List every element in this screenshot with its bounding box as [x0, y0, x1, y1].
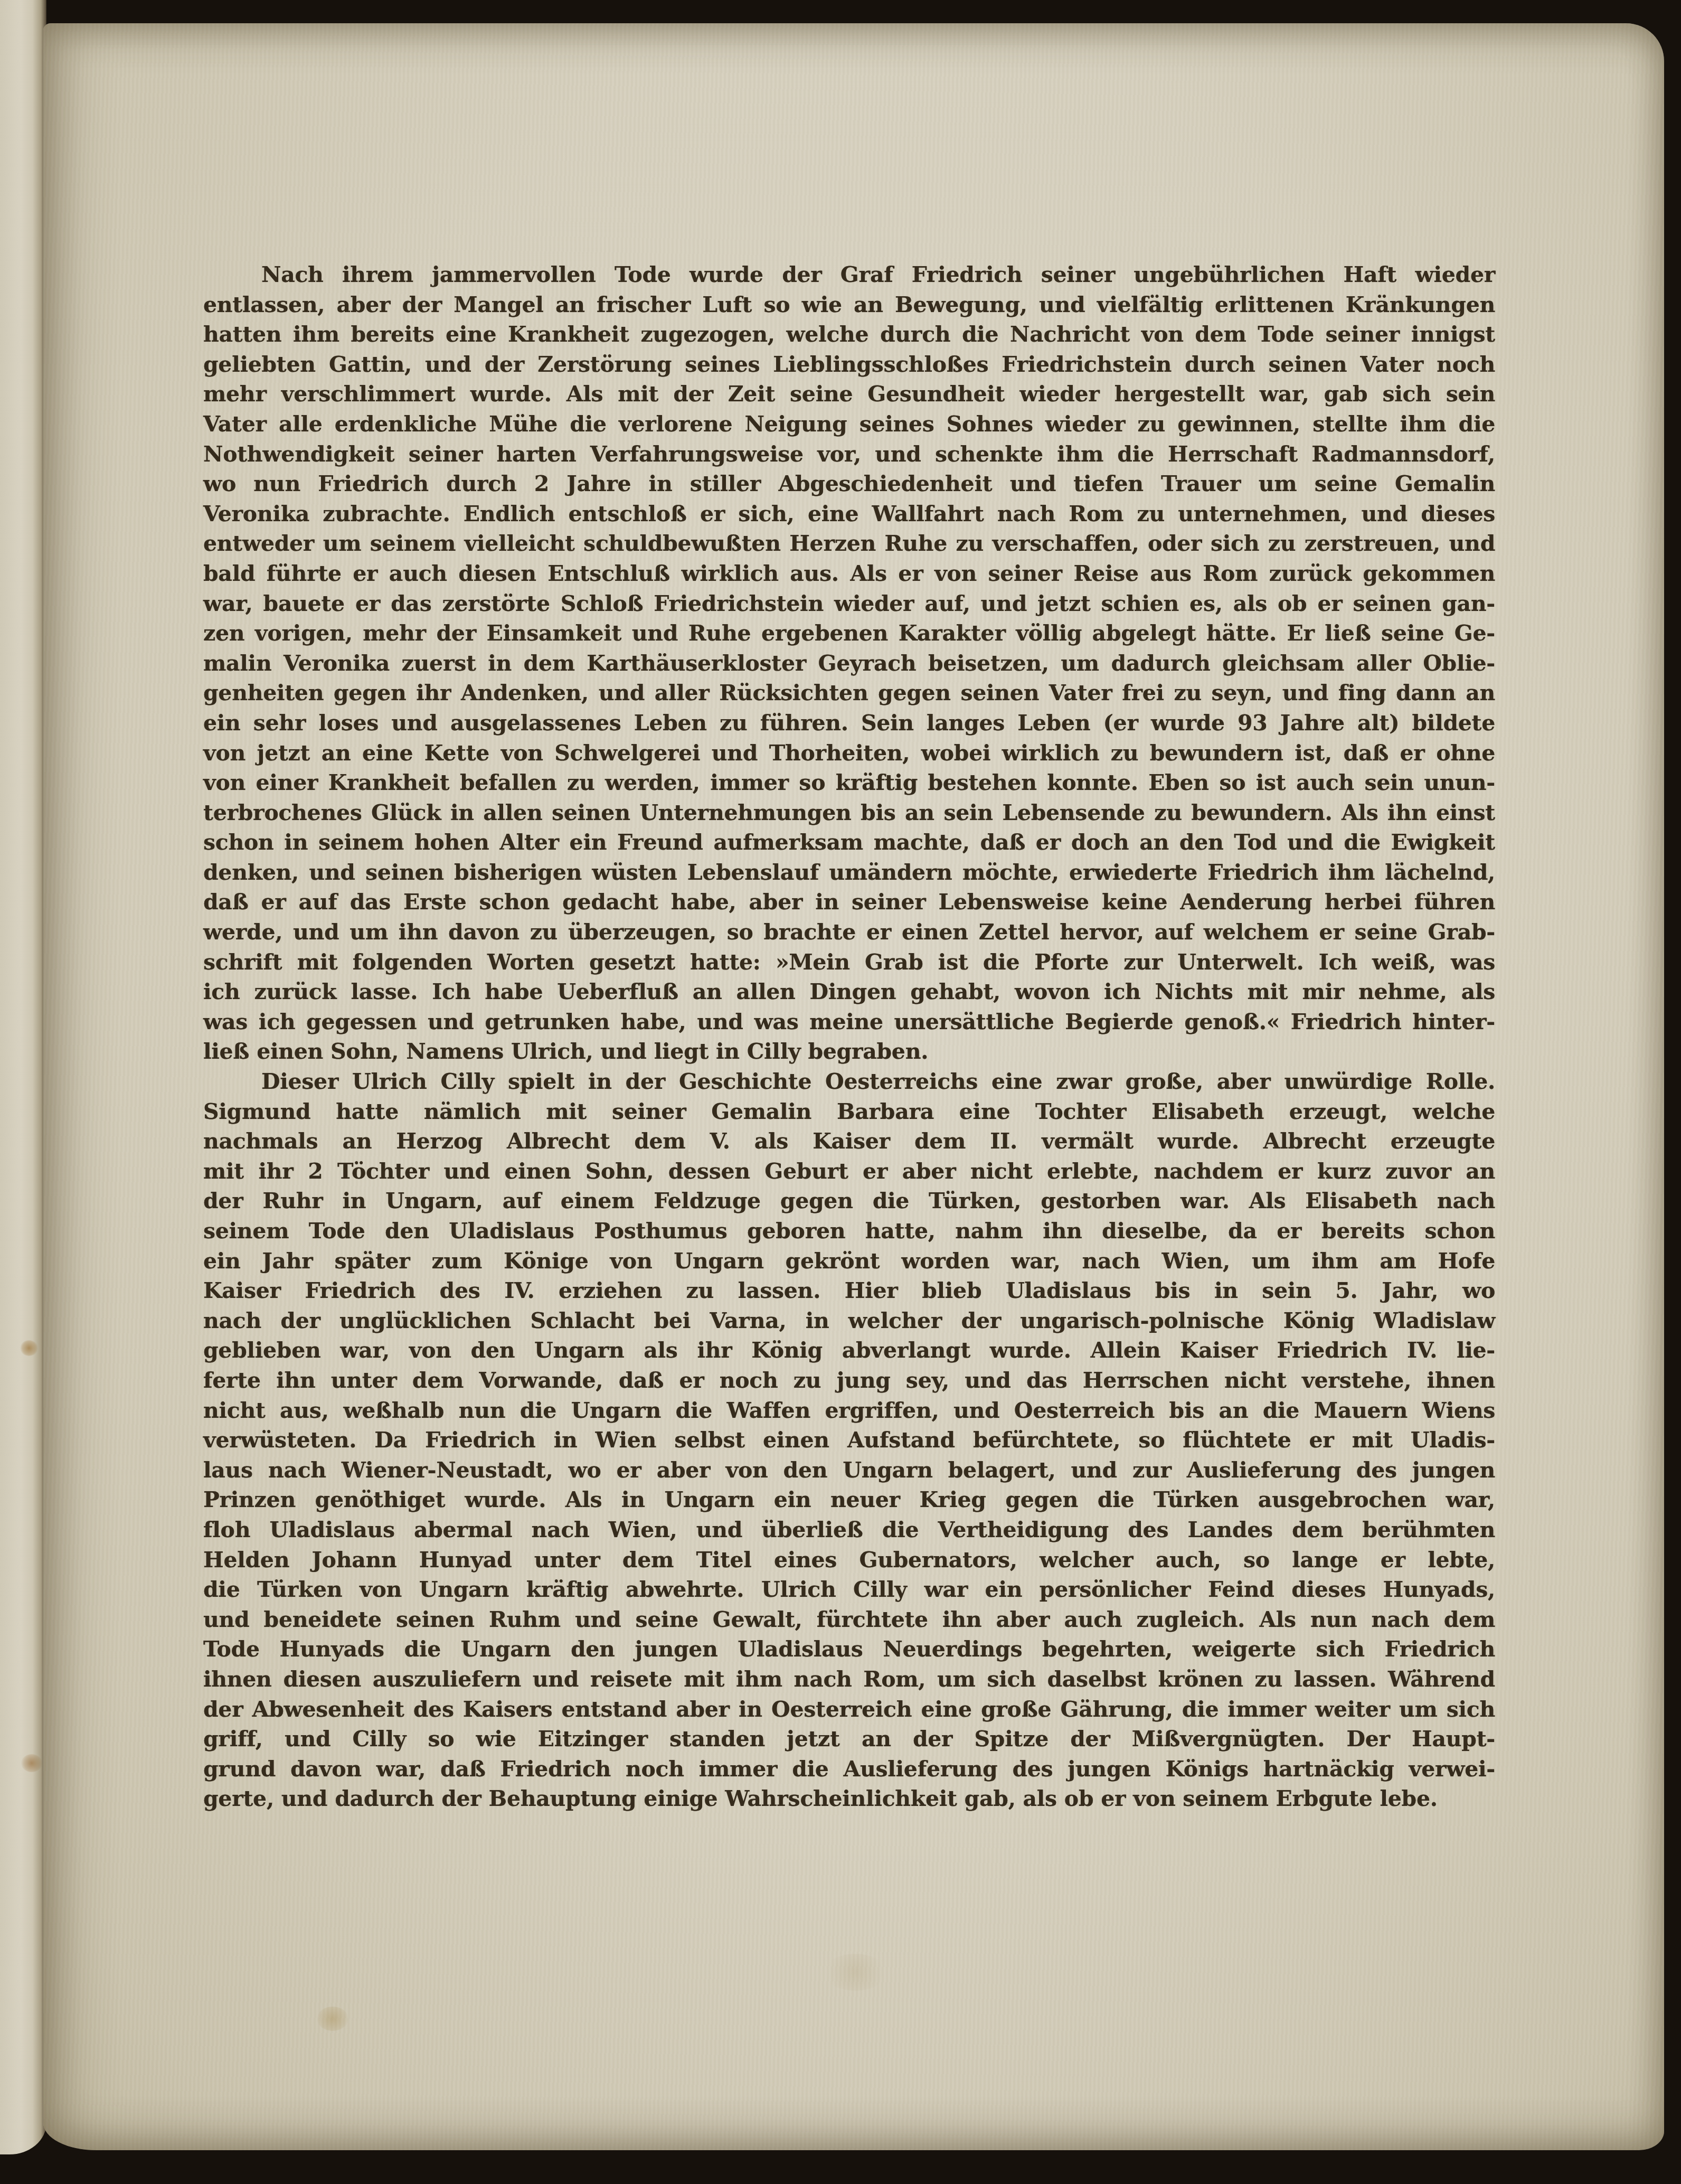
text-line: geliebten Gattin, und der Zerstörung sei… [203, 350, 1495, 380]
text-line: griff, und Cilly so wie Eitzinger stande… [203, 1724, 1495, 1754]
text-line: bald führte er auch diesen Entschluß wir… [203, 559, 1495, 589]
text-line: entweder um seinem vielleicht schuldbewu… [203, 529, 1495, 559]
text-line: Nach ihrem jammervollen Tode wurde der G… [203, 260, 1495, 290]
text-line: geblieben war, von den Ungarn als ihr Kö… [203, 1335, 1495, 1366]
text-line: wo nun Friedrich durch 2 Jahre in stille… [203, 469, 1495, 499]
text-line: Tode Hunyads die Ungarn den jungen Uladi… [203, 1634, 1495, 1664]
text-line: ein sehr loses und ausgelassenes Leben z… [203, 708, 1495, 738]
text-line: verwüsteten. Da Friedrich in Wien selbst… [203, 1425, 1495, 1455]
text-line: werde, und um ihn davon zu überzeugen, s… [203, 917, 1495, 947]
text-line: schon in seinem hohen Alter ein Freund a… [203, 827, 1495, 858]
text-line: Prinzen genöthiget wurde. Als in Ungarn … [203, 1485, 1495, 1515]
text-line: ihnen diesen auszuliefern und reisete mi… [203, 1664, 1495, 1695]
text-line: malin Veronika zuerst in dem Karthäuserk… [203, 648, 1495, 679]
text-line: nicht aus, weßhalb nun die Ungarn die Wa… [203, 1396, 1495, 1426]
text-line: daß er auf das Erste schon gedacht habe,… [203, 887, 1495, 917]
text-line: die Türken von Ungarn kräftig abwehrte. … [203, 1575, 1495, 1605]
text-line: seinem Tode den Uladislaus Posthumus geb… [203, 1216, 1495, 1246]
text-line: terbrochenes Glück in allen seinen Unter… [203, 798, 1495, 828]
text-line: ferte ihn unter dem Vorwande, daß er noc… [203, 1366, 1495, 1396]
book-page: Nach ihrem jammervollen Tode wurde der G… [43, 23, 1664, 2150]
text-line: von einer Krankheit befallen zu werden, … [203, 768, 1495, 798]
text-line: mit ihr 2 Töchter und einen Sohn, dessen… [203, 1156, 1495, 1187]
text-line: Kaiser Friedrich des IV. erziehen zu las… [203, 1276, 1495, 1306]
text-line: Sigmund hatte nämlich mit seiner Gemalin… [203, 1097, 1495, 1127]
text-line: von jetzt an eine Kette von Schwelgerei … [203, 738, 1495, 768]
text-line: der Ruhr in Ungarn, auf einem Feldzuge g… [203, 1186, 1495, 1216]
text-line: was ich gegessen und getrunken habe, und… [203, 1007, 1495, 1037]
text-line: grund davon war, daß Friedrich noch imme… [203, 1754, 1495, 1784]
paragraph: Nach ihrem jammervollen Tode wurde der G… [203, 260, 1495, 1067]
text-line: mehr verschlimmert wurde. Als mit der Ze… [203, 379, 1495, 409]
text-line: Helden Johann Hunyad unter dem Titel ein… [203, 1545, 1495, 1575]
text-line: entlassen, aber der Mangel an frischer L… [203, 290, 1495, 320]
text-line: floh Uladislaus abermal nach Wien, und ü… [203, 1515, 1495, 1545]
text-line: ein Jahr später zum Könige von Ungarn ge… [203, 1246, 1495, 1276]
text-line: und beneidete seinen Ruhm und seine Gewa… [203, 1605, 1495, 1635]
text-line: gerte, und dadurch der Behauptung einige… [203, 1784, 1495, 1814]
paragraph: Dieser Ulrich Cilly spielt in der Geschi… [203, 1067, 1495, 1814]
text-line: zen vorigen, mehr der Einsamkeit und Ruh… [203, 618, 1495, 648]
page-text: Nach ihrem jammervollen Tode wurde der G… [203, 260, 1495, 1814]
text-line: Dieser Ulrich Cilly spielt in der Geschi… [203, 1067, 1495, 1097]
scan-background: { "document": { "kind": "scanned-book-pa… [0, 0, 1681, 2184]
text-line: hatten ihm bereits eine Krankheit zugezo… [203, 319, 1495, 350]
facing-page-edge [0, 0, 46, 2154]
text-line: genheiten gegen ihr Andenken, und aller … [203, 678, 1495, 708]
text-line: Veronika zubrachte. Endlich entschloß er… [203, 499, 1495, 529]
text-line: Nothwendigkeit seiner harten Verfahrungs… [203, 439, 1495, 469]
text-line: ich zurück lasse. Ich habe Ueberfluß an … [203, 977, 1495, 1007]
text-line: war, bauete er das zerstörte Schloß Frie… [203, 589, 1495, 619]
text-line: Vater alle erdenkliche Mühe die verloren… [203, 409, 1495, 439]
text-line: denken, und seinen bisherigen wüsten Leb… [203, 858, 1495, 888]
text-line: schrift mit folgenden Worten gesetzt hat… [203, 947, 1495, 977]
text-line: laus nach Wiener-Neustadt, wo er aber vo… [203, 1455, 1495, 1485]
text-line: nachmals an Herzog Albrecht dem V. als K… [203, 1126, 1495, 1156]
text-line: nach der unglücklichen Schlacht bei Varn… [203, 1306, 1495, 1336]
text-line: der Abwesenheit des Kaisers entstand abe… [203, 1695, 1495, 1725]
text-line: ließ einen Sohn, Namens Ulrich, und lieg… [203, 1037, 1495, 1067]
